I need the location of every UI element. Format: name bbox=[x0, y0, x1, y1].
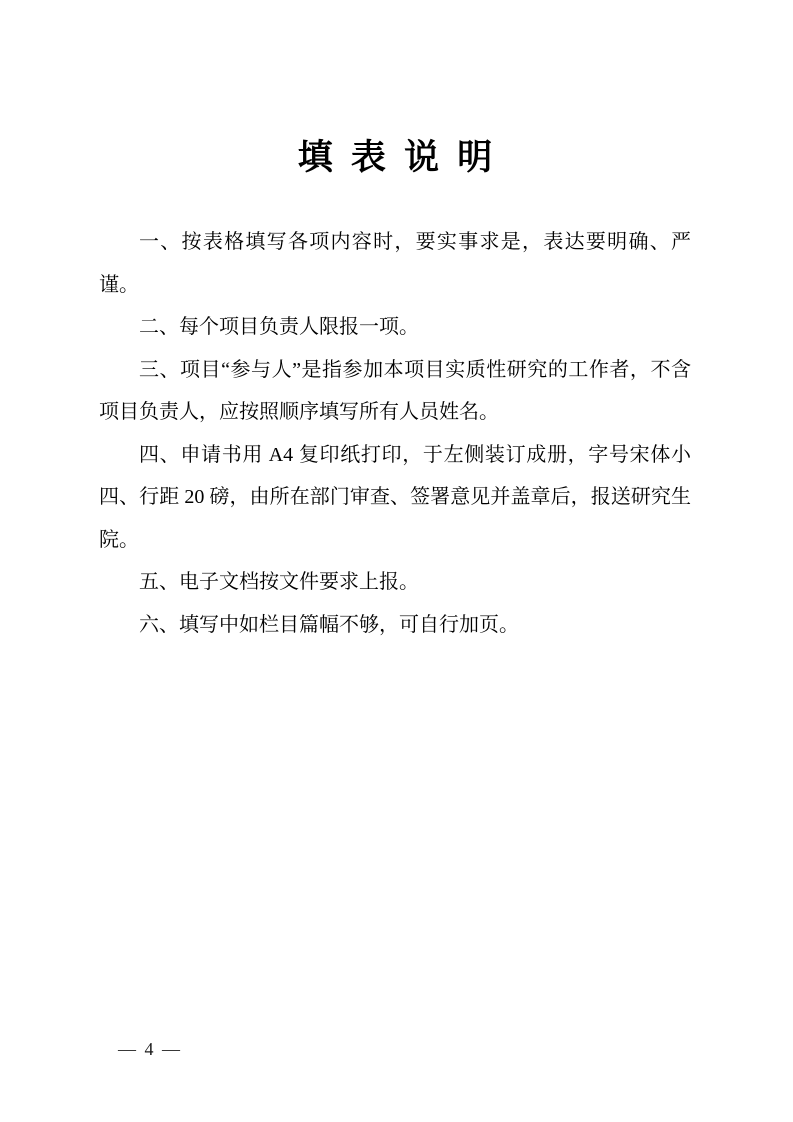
page-number: — 4 — bbox=[118, 1038, 182, 1060]
instructions-list: 一、按表格填写各项内容时，要实事求是，表达要明确、严谨。二、每个项目负责人限报一… bbox=[99, 221, 691, 646]
instruction-paragraph: 五、电子文档按文件要求上报。 bbox=[99, 561, 691, 604]
instruction-paragraph: 一、按表格填写各项内容时，要实事求是，表达要明确、严谨。 bbox=[99, 221, 691, 306]
page-title: 填 表 说 明 bbox=[0, 138, 793, 178]
instruction-paragraph: 六、填写中如栏目篇幅不够，可自行加页。 bbox=[99, 604, 691, 647]
document-page: 填 表 说 明 一、按表格填写各项内容时，要实事求是，表达要明确、严谨。二、每个… bbox=[0, 0, 793, 1122]
instruction-paragraph: 二、每个项目负责人限报一项。 bbox=[99, 306, 691, 349]
instruction-paragraph: 四、申请书用 A4 复印纸打印，于左侧装订成册，字号宋体小四、行距 20 磅，由… bbox=[99, 434, 691, 562]
instruction-paragraph: 三、项目“参与人”是指参加本项目实质性研究的工作者，不含项目负责人，应按照顺序填… bbox=[99, 349, 691, 434]
